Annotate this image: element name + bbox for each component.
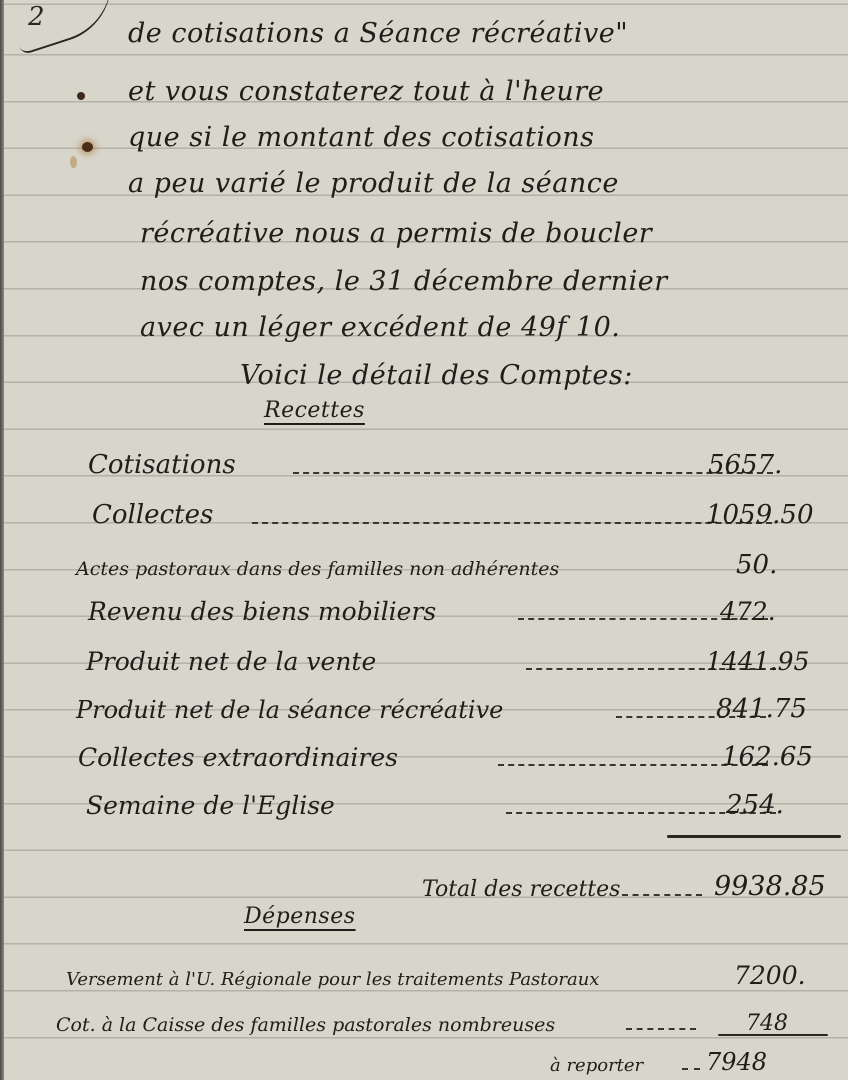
ink-stain: [82, 142, 93, 152]
dot-leader: [293, 472, 773, 474]
recette-label: Revenu des biens mobiliers: [88, 597, 436, 626]
body-line: de cotisations a Séance récréative": [128, 18, 628, 49]
page-number-flourish: [3, 0, 126, 56]
dot-leader: [622, 894, 702, 896]
recette-label: Semaine de l'Eglise: [86, 791, 335, 820]
recette-amount: 1441.95: [706, 647, 809, 676]
recette-label: Produit net de la vente: [86, 647, 376, 676]
recettes-heading: Recettes: [264, 398, 365, 423]
recette-label: Actes pastoraux dans des familles non ad…: [76, 558, 559, 580]
page-binding-edge: [0, 0, 4, 1080]
depense-row: Cot. à la Caisse des familles pastorales…: [56, 996, 836, 1036]
total-rule: [667, 835, 841, 838]
recette-row: Collectes extraordinaires 162.65: [78, 732, 838, 772]
recette-row: Collectes 1059.50: [92, 490, 832, 530]
recette-amount: 841.75: [716, 694, 807, 724]
recette-amount: 472.: [720, 597, 776, 626]
page-number: 2: [28, 2, 45, 32]
depense-row: Versement à l'U. Régionale pour les trai…: [66, 950, 846, 990]
depense-label: Cot. à la Caisse des familles pastorales…: [56, 1014, 555, 1036]
recette-amount: 254.: [726, 790, 784, 820]
depense-label: Versement à l'U. Régionale pour les trai…: [66, 969, 599, 990]
depense-amount: 7200.: [734, 961, 806, 990]
body-line: que si le montant des cotisations: [128, 122, 595, 153]
recette-row: Produit net de la vente 1441.95: [86, 636, 826, 676]
body-line: nos comptes, le 31 décembre dernier: [140, 266, 668, 297]
carry-row: à reporter 7948: [550, 1040, 840, 1076]
recette-label: Produit net de la séance récréative: [76, 696, 503, 724]
recette-label: Collectes extraordinaires: [78, 743, 398, 772]
body-line: a peu varié le produit de la séance: [128, 168, 619, 199]
recette-amount: 50.: [736, 550, 777, 580]
carry-amount: 7948: [706, 1048, 767, 1076]
recette-amount: 5657.: [708, 450, 782, 480]
total-amount: 9938.85: [714, 871, 826, 902]
carry-label: à reporter: [550, 1055, 643, 1076]
total-row: Total des recettes 9938.85: [422, 862, 842, 902]
recette-label: Cotisations: [88, 450, 236, 480]
total-label: Total des recettes: [422, 877, 620, 902]
body-line: et vous constaterez tout à l'heure: [128, 76, 604, 107]
ledger-page: 2 de cotisations a Séance récréative" et…: [0, 0, 848, 1080]
dot-leader: [626, 1028, 696, 1030]
body-line: avec un léger excédent de 49f 10.: [140, 312, 620, 343]
recette-row: Semaine de l'Eglise 254.: [86, 780, 826, 820]
ink-stain: [77, 92, 85, 100]
recette-row: Produit net de la séance récréative 841.…: [76, 684, 836, 724]
dot-leader: [682, 1068, 700, 1070]
recette-amount: 1059.50: [706, 500, 814, 530]
recette-label: Collectes: [92, 500, 213, 530]
subtotal-rule: [718, 1034, 828, 1036]
body-line: récréative nous a permis de boucler: [140, 218, 652, 249]
recette-amount: 162.65: [722, 742, 813, 772]
recette-row: Cotisations 5657.: [88, 440, 828, 480]
depense-amount: 748: [746, 1011, 788, 1036]
dot-leader: [252, 522, 772, 524]
intro-line: Voici le détail des Comptes:: [240, 360, 633, 391]
ink-stain: [70, 156, 77, 168]
depenses-heading: Dépenses: [244, 904, 356, 929]
recette-row: Actes pastoraux dans des familles non ad…: [76, 540, 836, 580]
recette-row: Revenu des biens mobiliers 472.: [88, 586, 828, 626]
